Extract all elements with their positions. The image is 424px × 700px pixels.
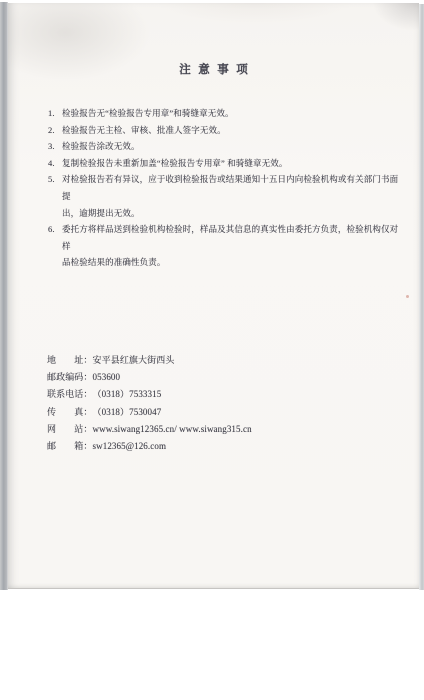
item-number: 2. — [48, 122, 55, 139]
item-text: 对检验报告若有异议，应于收到检验报告或结果通知十五日内向检验机构或有关部门书面提… — [62, 174, 398, 217]
item-text: 检验报告无主检、审核、批准人签字无效。 — [62, 125, 226, 135]
item-text: 复制检验报告未重新加盖“检验报告专用章” 和骑缝章无效。 — [62, 158, 288, 168]
notice-item-4: 4. 复制检验报告未重新加盖“检验报告专用章” 和骑缝章无效。 — [62, 155, 404, 172]
contact-value: sw12365@126.com — [93, 438, 167, 455]
contact-value: www.siwang12365.cn/ www.siwang315.cn — [93, 421, 252, 438]
contact-label: 邮 箱： — [47, 438, 93, 455]
contact-value: 安平县红旗大街西头 — [93, 352, 175, 369]
item-number: 6. — [48, 221, 55, 238]
notice-item-2: 2. 检验报告无主检、审核、批准人签字无效。 — [62, 122, 404, 139]
notice-item-5: 5. 对检验报告若有异议，应于收到检验报告或结果通知十五日内向检验机构或有关部门… — [62, 171, 404, 221]
contact-label: 联系电话： — [47, 386, 93, 403]
notice-item-6: 6. 委托方将样品送到检验机构检验时，样品及其信息的真实性由委托方负责，检验机构… — [62, 221, 404, 271]
contact-row-postcode: 邮政编码：053600 — [47, 369, 419, 386]
notice-item-1: 1. 检验报告无“检验报告专用章”和骑缝章无效。 — [62, 105, 404, 122]
scan-edge-left — [0, 2, 8, 590]
paper-sheet: 注意事项 1. 检验报告无“检验报告专用章”和骑缝章无效。 2. 检验报告无主检… — [8, 3, 419, 589]
item-number: 3. — [48, 138, 55, 155]
contact-value: 053600 — [93, 369, 121, 386]
item-number: 5. — [48, 171, 55, 188]
item-text: 检验报告无“检验报告专用章”和骑缝章无效。 — [62, 108, 234, 118]
contact-label: 地 址： — [47, 352, 93, 369]
contact-row-address: 地 址：安平县红旗大街西头 — [47, 352, 419, 369]
contact-row-phone: 联系电话：（0318）7533315 — [47, 386, 419, 403]
scan-speck — [406, 295, 409, 298]
contact-row-fax: 传 真：（0318）7530047 — [47, 404, 419, 421]
notice-item-3: 3. 检验报告涂改无效。 — [62, 138, 404, 155]
contact-label: 传 真： — [47, 404, 93, 421]
notice-list: 1. 检验报告无“检验报告专用章”和骑缝章无效。 2. 检验报告无主检、审核、批… — [8, 105, 419, 271]
contact-block: 地 址：安平县红旗大街西头 邮政编码：053600 联系电话：（0318）753… — [8, 352, 419, 455]
contact-label: 网 站： — [47, 421, 93, 438]
item-text: 委托方将样品送到检验机构检验时，样品及其信息的真实性由委托方负责，检验机构仅对样… — [62, 224, 398, 267]
item-number: 1. — [48, 105, 55, 122]
contact-label: 邮政编码： — [47, 369, 93, 386]
scanned-document: 注意事项 1. 检验报告无“检验报告专用章”和骑缝章无效。 2. 检验报告无主检… — [0, 0, 424, 700]
contact-row-website: 网 站：www.siwang12365.cn/ www.siwang315.cn — [47, 421, 419, 438]
contact-row-email: 邮 箱：sw12365@126.com — [47, 438, 419, 455]
contact-value: （0318）7533315 — [93, 386, 162, 403]
page-title: 注意事项 — [8, 61, 419, 77]
contact-value: （0318）7530047 — [93, 404, 162, 421]
scan-edge-right — [419, 4, 424, 590]
item-number: 4. — [48, 155, 55, 172]
item-text: 检验报告涂改无效。 — [62, 141, 140, 151]
